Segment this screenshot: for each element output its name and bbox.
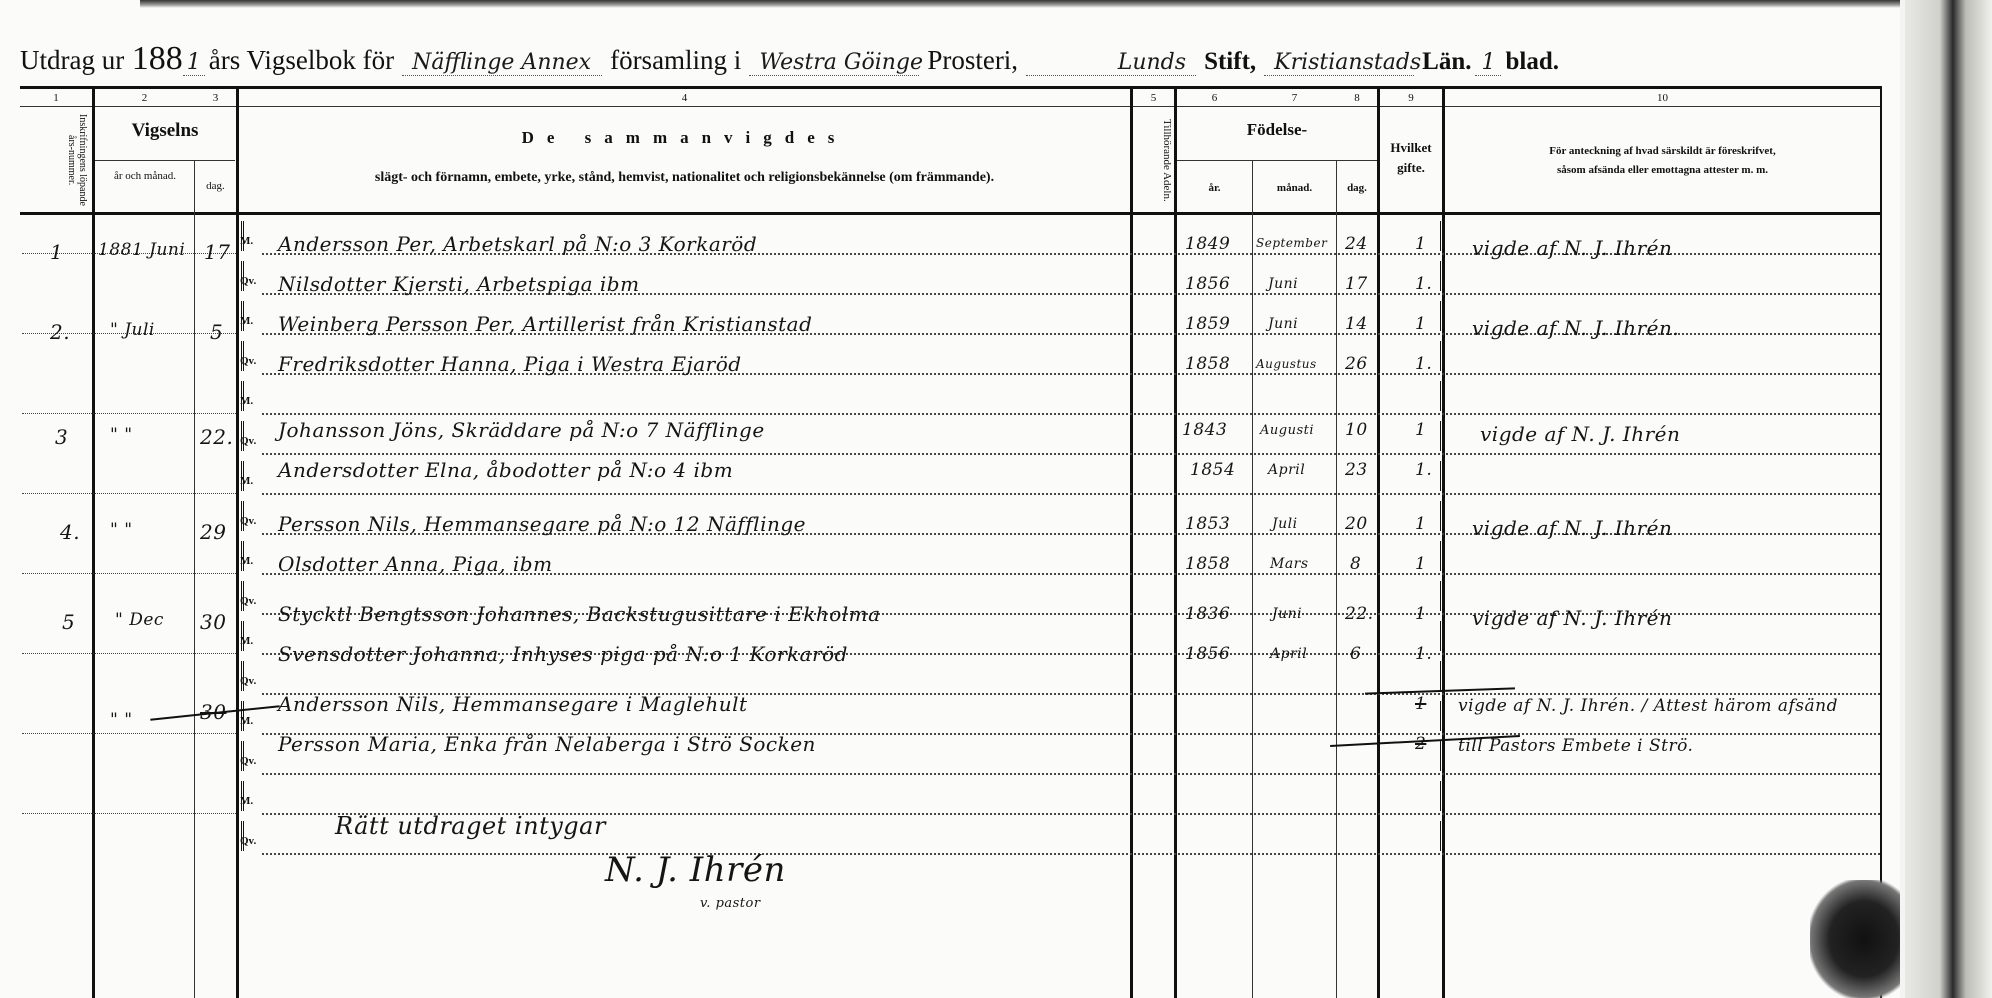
header-lopande-nummer: Inskrifningens löpande års-nummer. — [30, 112, 88, 208]
entry-day: 29 — [200, 520, 226, 544]
colnum-6: 6 — [1177, 92, 1252, 104]
entry-remark: vigde af N. J. Ihrén — [1480, 422, 1680, 446]
header-fodelse: Födelse- — [1177, 120, 1377, 140]
bride-birth-day: 23 — [1345, 460, 1368, 480]
entry-year-month: 1881 Juni — [98, 240, 185, 260]
col-divider-6 — [1252, 160, 1253, 998]
entry-year-month: " Dec — [115, 610, 164, 630]
row-brace — [241, 461, 248, 491]
entry-remark: vigde af N. J. Ihrén. — [1472, 316, 1679, 340]
groom-birth-year: 1836 — [1185, 604, 1230, 624]
row-dotted-line — [262, 413, 1880, 415]
bride-birth-day: 17 — [1345, 274, 1368, 294]
binder-clip — [1810, 880, 1900, 998]
row-brace — [1440, 421, 1447, 451]
bride-birth-day: 6 — [1350, 644, 1361, 664]
entry-day: 22. — [200, 425, 233, 449]
row-brace — [1440, 621, 1447, 651]
title-deanery: Westra Göinge — [749, 50, 919, 76]
row-dotted-line — [262, 493, 1880, 495]
row-brace — [241, 821, 248, 851]
col-divider-1 — [92, 86, 95, 998]
title-blad: blad. — [1505, 48, 1559, 76]
row-brace — [1440, 701, 1447, 731]
col-divider-3 — [236, 86, 239, 998]
row-brace — [241, 581, 248, 611]
groom-birth-month: Augusti — [1260, 423, 1314, 438]
entry-remark-2: till Pastors Embete i Strö. — [1458, 736, 1693, 756]
title-prosteri: Prosteri, — [927, 45, 1018, 76]
row-brace — [241, 621, 248, 651]
groom-marriage-no: 1 — [1415, 314, 1426, 334]
groom-birth-month: Juni — [1268, 316, 1298, 332]
entry-dotted-line — [22, 653, 236, 654]
groom-name: Weinberg Persson Per, Artillerist från K… — [278, 312, 812, 336]
row-brace — [1440, 821, 1447, 851]
row-brace — [241, 701, 248, 731]
entry-dotted-line — [22, 733, 236, 734]
groom-marriage-no: 1 — [1415, 234, 1426, 254]
header-birth-day: dag. — [1337, 182, 1377, 194]
bride-marriage-no: 1. — [1415, 460, 1432, 480]
groom-birth-day: 10 — [1345, 420, 1368, 440]
bride-birth-month: Juni — [1268, 276, 1298, 292]
colnum-10: 10 — [1445, 92, 1880, 104]
title-parish: Näfflinge Annex — [402, 50, 602, 76]
bride-birth-month: Augustus — [1256, 357, 1317, 371]
title-stift: Stift, — [1204, 48, 1256, 76]
bride-birth-month: Mars — [1270, 556, 1309, 572]
colnum-3: 3 — [195, 92, 236, 104]
row-brace — [1440, 261, 1447, 291]
bride-birth-year: 1858 — [1185, 354, 1230, 374]
bride-name: Andersdotter Elna, åbodotter på N:o 4 ib… — [278, 458, 733, 482]
bride-birth-year: 1858 — [1185, 554, 1230, 574]
bride-birth-month: April — [1268, 462, 1305, 478]
row-brace — [1440, 501, 1447, 531]
entry-number: 3 — [55, 425, 68, 449]
groom-birth-year: 1859 — [1185, 314, 1230, 334]
bride-birth-year: 1856 — [1185, 274, 1230, 294]
header-vigselns: Vigselns — [95, 120, 235, 142]
row-brace — [241, 341, 248, 371]
row-brace — [241, 781, 248, 811]
header-sammanvigdes: De sammanvigdes — [239, 128, 1130, 148]
entry-number: 2. — [50, 320, 70, 344]
row-brace — [241, 541, 248, 571]
bride-name: Persson Maria, Enka från Nelaberga i Str… — [278, 732, 816, 756]
title-lan: Län. — [1422, 48, 1471, 76]
groom-name: Johansson Jöns, Skräddare på N:o 7 Näffl… — [278, 418, 765, 442]
row-dotted-line — [262, 453, 1880, 455]
groom-name: Andersson Per, Arbetskarl på N:o 3 Korka… — [278, 232, 757, 256]
bride-name: Nilsdotter Kjersti, Arbetspiga ibm — [278, 272, 640, 296]
entry-year-month: " Juli — [110, 320, 155, 340]
page-top-shadow — [140, 0, 1900, 8]
header-adeln: Tillhörande Adeln. — [1136, 112, 1172, 208]
entry-dotted-line — [22, 573, 236, 574]
header-birth-year: år. — [1177, 182, 1252, 194]
page-edge — [1905, 0, 1992, 998]
title-diocese: Lunds — [1026, 50, 1196, 76]
row-brace — [1440, 461, 1447, 491]
row-brace — [241, 261, 248, 291]
entry-year-month: " " — [110, 425, 133, 445]
groom-marriage-no: 1 — [1415, 514, 1426, 534]
bride-birth-day: 26 — [1345, 354, 1368, 374]
fodelse-sub-rule — [1177, 160, 1377, 161]
row-brace — [1440, 741, 1447, 771]
groom-birth-year: 1843 — [1182, 420, 1227, 440]
row-brace — [1440, 781, 1447, 811]
bride-marriage-no: 1. — [1415, 354, 1432, 374]
col-divider-7 — [1336, 160, 1337, 998]
document-title: Utdrag ur 188 1 års Vigselbok för Näffli… — [20, 40, 1890, 86]
header-remarks-line2: såsom afsända eller emottagna attester m… — [1445, 164, 1880, 176]
bride-name: Olsdotter Anna, Piga, ibm — [278, 552, 553, 576]
entry-dotted-line — [22, 413, 236, 414]
bride-marriage-no: 2 — [1415, 734, 1426, 754]
groom-birth-year: 1853 — [1185, 514, 1230, 534]
bride-name: Svensdotter Johanna, Inhyses piga på N:o… — [278, 642, 848, 666]
groom-marriage-no: 1 — [1415, 694, 1426, 714]
entry-year-month: " " — [110, 710, 133, 730]
col-divider-2 — [194, 160, 195, 998]
row-brace — [241, 221, 248, 251]
title-year-handwritten: 1 — [183, 50, 205, 76]
header-birth-month: månad. — [1253, 182, 1336, 194]
title-prefix: Utdrag ur — [20, 45, 124, 76]
entry-remark: vigde af N. J. Ihrén — [1472, 606, 1672, 630]
col-divider-10 — [1880, 86, 1882, 998]
row-brace — [241, 661, 248, 691]
colnum-2: 2 — [95, 92, 194, 104]
register-page: Utdrag ur 188 1 års Vigselbok för Näffli… — [0, 0, 1900, 998]
bride-marriage-no: 1. — [1415, 274, 1432, 294]
colnum-9: 9 — [1380, 92, 1442, 104]
row-brace — [1440, 541, 1447, 571]
row-brace — [241, 741, 248, 771]
entry-number: 4. — [60, 520, 80, 544]
groom-marriage-no: 1 — [1415, 604, 1426, 624]
entry-year-month: " " — [110, 520, 133, 540]
entry-day: 30 — [200, 610, 226, 634]
header-name-description: slägt- och förnamn, embete, yrke, stånd,… — [239, 170, 1130, 186]
closing-note: Rätt utdraget intygar — [335, 812, 606, 840]
col-divider-5 — [1174, 86, 1177, 998]
col-divider-8 — [1377, 86, 1380, 998]
header-hvilket: Hvilket — [1380, 140, 1442, 156]
groom-birth-day: 22. — [1345, 604, 1374, 624]
groom-birth-day: 14 — [1345, 314, 1368, 334]
colnum-8: 8 — [1337, 92, 1377, 104]
entry-dotted-line — [22, 813, 236, 814]
title-vigselbok: års Vigselbok för — [209, 45, 394, 76]
groom-name: Stycktl Bengtsson Johannes, Backstugusit… — [278, 602, 881, 626]
colnum-1: 1 — [20, 92, 92, 104]
groom-birth-year: 1849 — [1185, 234, 1230, 254]
groom-birth-month: Juli — [1272, 516, 1298, 532]
header-remarks-line1: För anteckning af hvad särskildt är före… — [1445, 145, 1880, 157]
title-forsamling: församling i — [610, 45, 741, 76]
groom-birth-day: 24 — [1345, 234, 1368, 254]
row-brace — [241, 501, 248, 531]
entry-remark: vigde af N. J. Ihrén — [1472, 516, 1672, 540]
header-top-rule — [20, 86, 1882, 89]
colnum-rule — [20, 106, 1882, 107]
row-dotted-line — [262, 853, 1880, 855]
bride-birth-year: 1856 — [1185, 644, 1230, 664]
entry-day: 17 — [204, 240, 230, 264]
entry-remark: vigde af N. J. Ihrén — [1472, 236, 1672, 260]
row-brace — [241, 301, 248, 331]
entry-number: 5 — [62, 610, 75, 634]
bride-marriage-no: 1. — [1415, 644, 1432, 664]
row-brace — [1440, 301, 1447, 331]
groom-name: Andersson Nils, Hemmansegare i Maglehult — [278, 692, 748, 716]
header-gifte: gifte. — [1380, 160, 1442, 176]
groom-name: Persson Nils, Hemmansegare på N:o 12 Näf… — [278, 512, 806, 536]
title-year-printed: 188 — [132, 40, 183, 78]
bride-birth-month: April — [1270, 646, 1307, 662]
groom-marriage-no: 1 — [1415, 420, 1426, 440]
entry-remark: vigde af N. J. Ihrén. / Attest härom afs… — [1458, 696, 1838, 716]
groom-birth-day: 20 — [1345, 514, 1368, 534]
title-county: Kristianstads — [1264, 50, 1414, 76]
bride-birth-year: 1854 — [1190, 460, 1235, 480]
signature: N. J. Ihrén — [605, 850, 786, 890]
row-brace — [1440, 341, 1447, 371]
bride-marriage-no: 1 — [1415, 554, 1426, 574]
row-brace — [241, 381, 248, 411]
vigselns-sub-rule — [95, 160, 235, 161]
row-brace — [241, 421, 248, 451]
bride-birth-day: 8 — [1350, 554, 1361, 574]
row-brace — [1440, 381, 1447, 411]
header-ar-och-manad: år och månad. — [102, 170, 188, 183]
header-bottom-rule — [20, 212, 1882, 215]
row-brace — [1440, 661, 1447, 691]
title-sheet: 1 — [1475, 50, 1501, 76]
row-brace — [1440, 221, 1447, 251]
entry-dotted-line — [22, 493, 236, 494]
row-brace — [1440, 581, 1447, 611]
entry-day: 5 — [210, 320, 223, 344]
signature-title: v. pastor — [700, 896, 761, 911]
bride-name: Fredriksdotter Hanna, Piga i Westra Ejar… — [278, 352, 742, 376]
colnum-5: 5 — [1133, 92, 1174, 104]
col-divider-4 — [1130, 86, 1133, 998]
colnum-7: 7 — [1253, 92, 1336, 104]
row-dotted-line — [262, 773, 1880, 775]
groom-birth-month: Juni — [1272, 606, 1302, 622]
header-vigsel-dag: dag. — [195, 180, 236, 192]
colnum-4: 4 — [239, 92, 1130, 104]
groom-birth-month: September — [1256, 236, 1327, 250]
entry-number: 1 — [50, 240, 63, 264]
